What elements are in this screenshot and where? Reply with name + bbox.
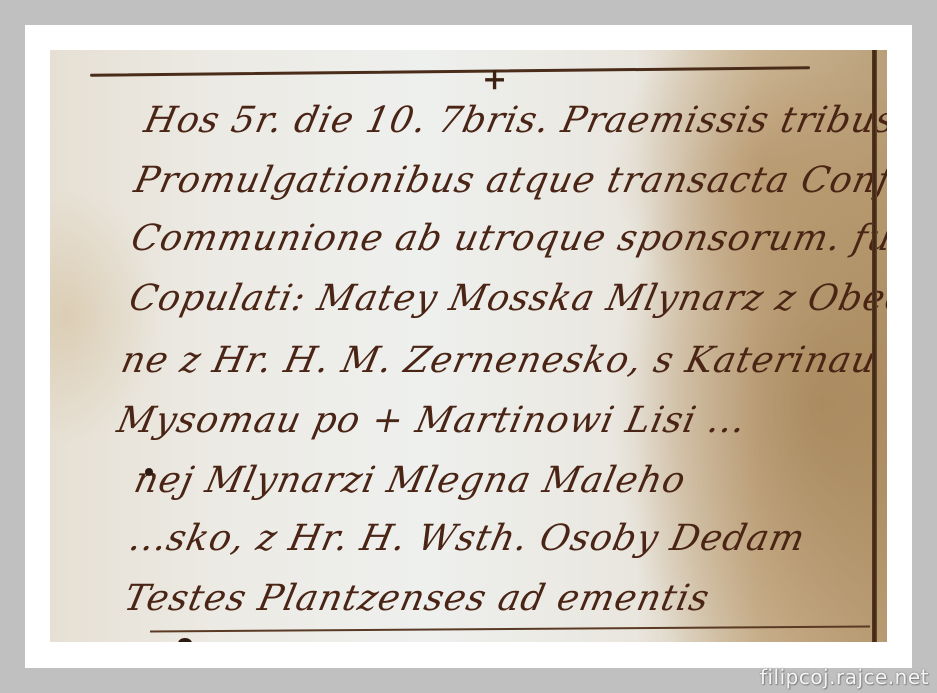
ink-dot xyxy=(145,468,153,476)
manuscript-line-2: Promulgationibus atque transacta Confess… xyxy=(131,160,887,201)
manuscript-line-5: ne z Hr. H. M. Zernenesko, s Katerinau xyxy=(118,340,881,381)
manuscript-line-9: Testes Plantzenses ad ementis xyxy=(121,578,714,619)
manuscript-photo: + Hos 5r. die 10. 7bris. Praemissis trib… xyxy=(50,50,887,642)
manuscript-line-4: Copulati: Matey Mosska Mlynarz z Obec- xyxy=(126,278,887,319)
top-rule-line xyxy=(90,66,810,77)
manuscript-line-1: Hos 5r. die 10. 7bris. Praemissis tribus xyxy=(141,100,887,141)
manuscript-line-7: nej Mlynarzi Mlegna Maleho xyxy=(131,460,690,501)
manuscript-line-3: Communione ab utroque sponsorum. fuit xyxy=(128,218,887,259)
manuscript-line-8: ...sko, z Hr. H. Wsth. Osoby Dedam xyxy=(126,518,809,559)
bottom-rule-line xyxy=(150,625,870,632)
manuscript-line-6: Mysomau po + Martinowi Lisi ... xyxy=(114,400,750,441)
ink-blot xyxy=(178,638,192,642)
watermark-text: filipcoj.rajce.net xyxy=(760,665,929,689)
page-binding-edge xyxy=(872,50,877,642)
cross-mark: + xyxy=(482,62,507,97)
photo-mat: + Hos 5r. die 10. 7bris. Praemissis trib… xyxy=(25,25,912,668)
